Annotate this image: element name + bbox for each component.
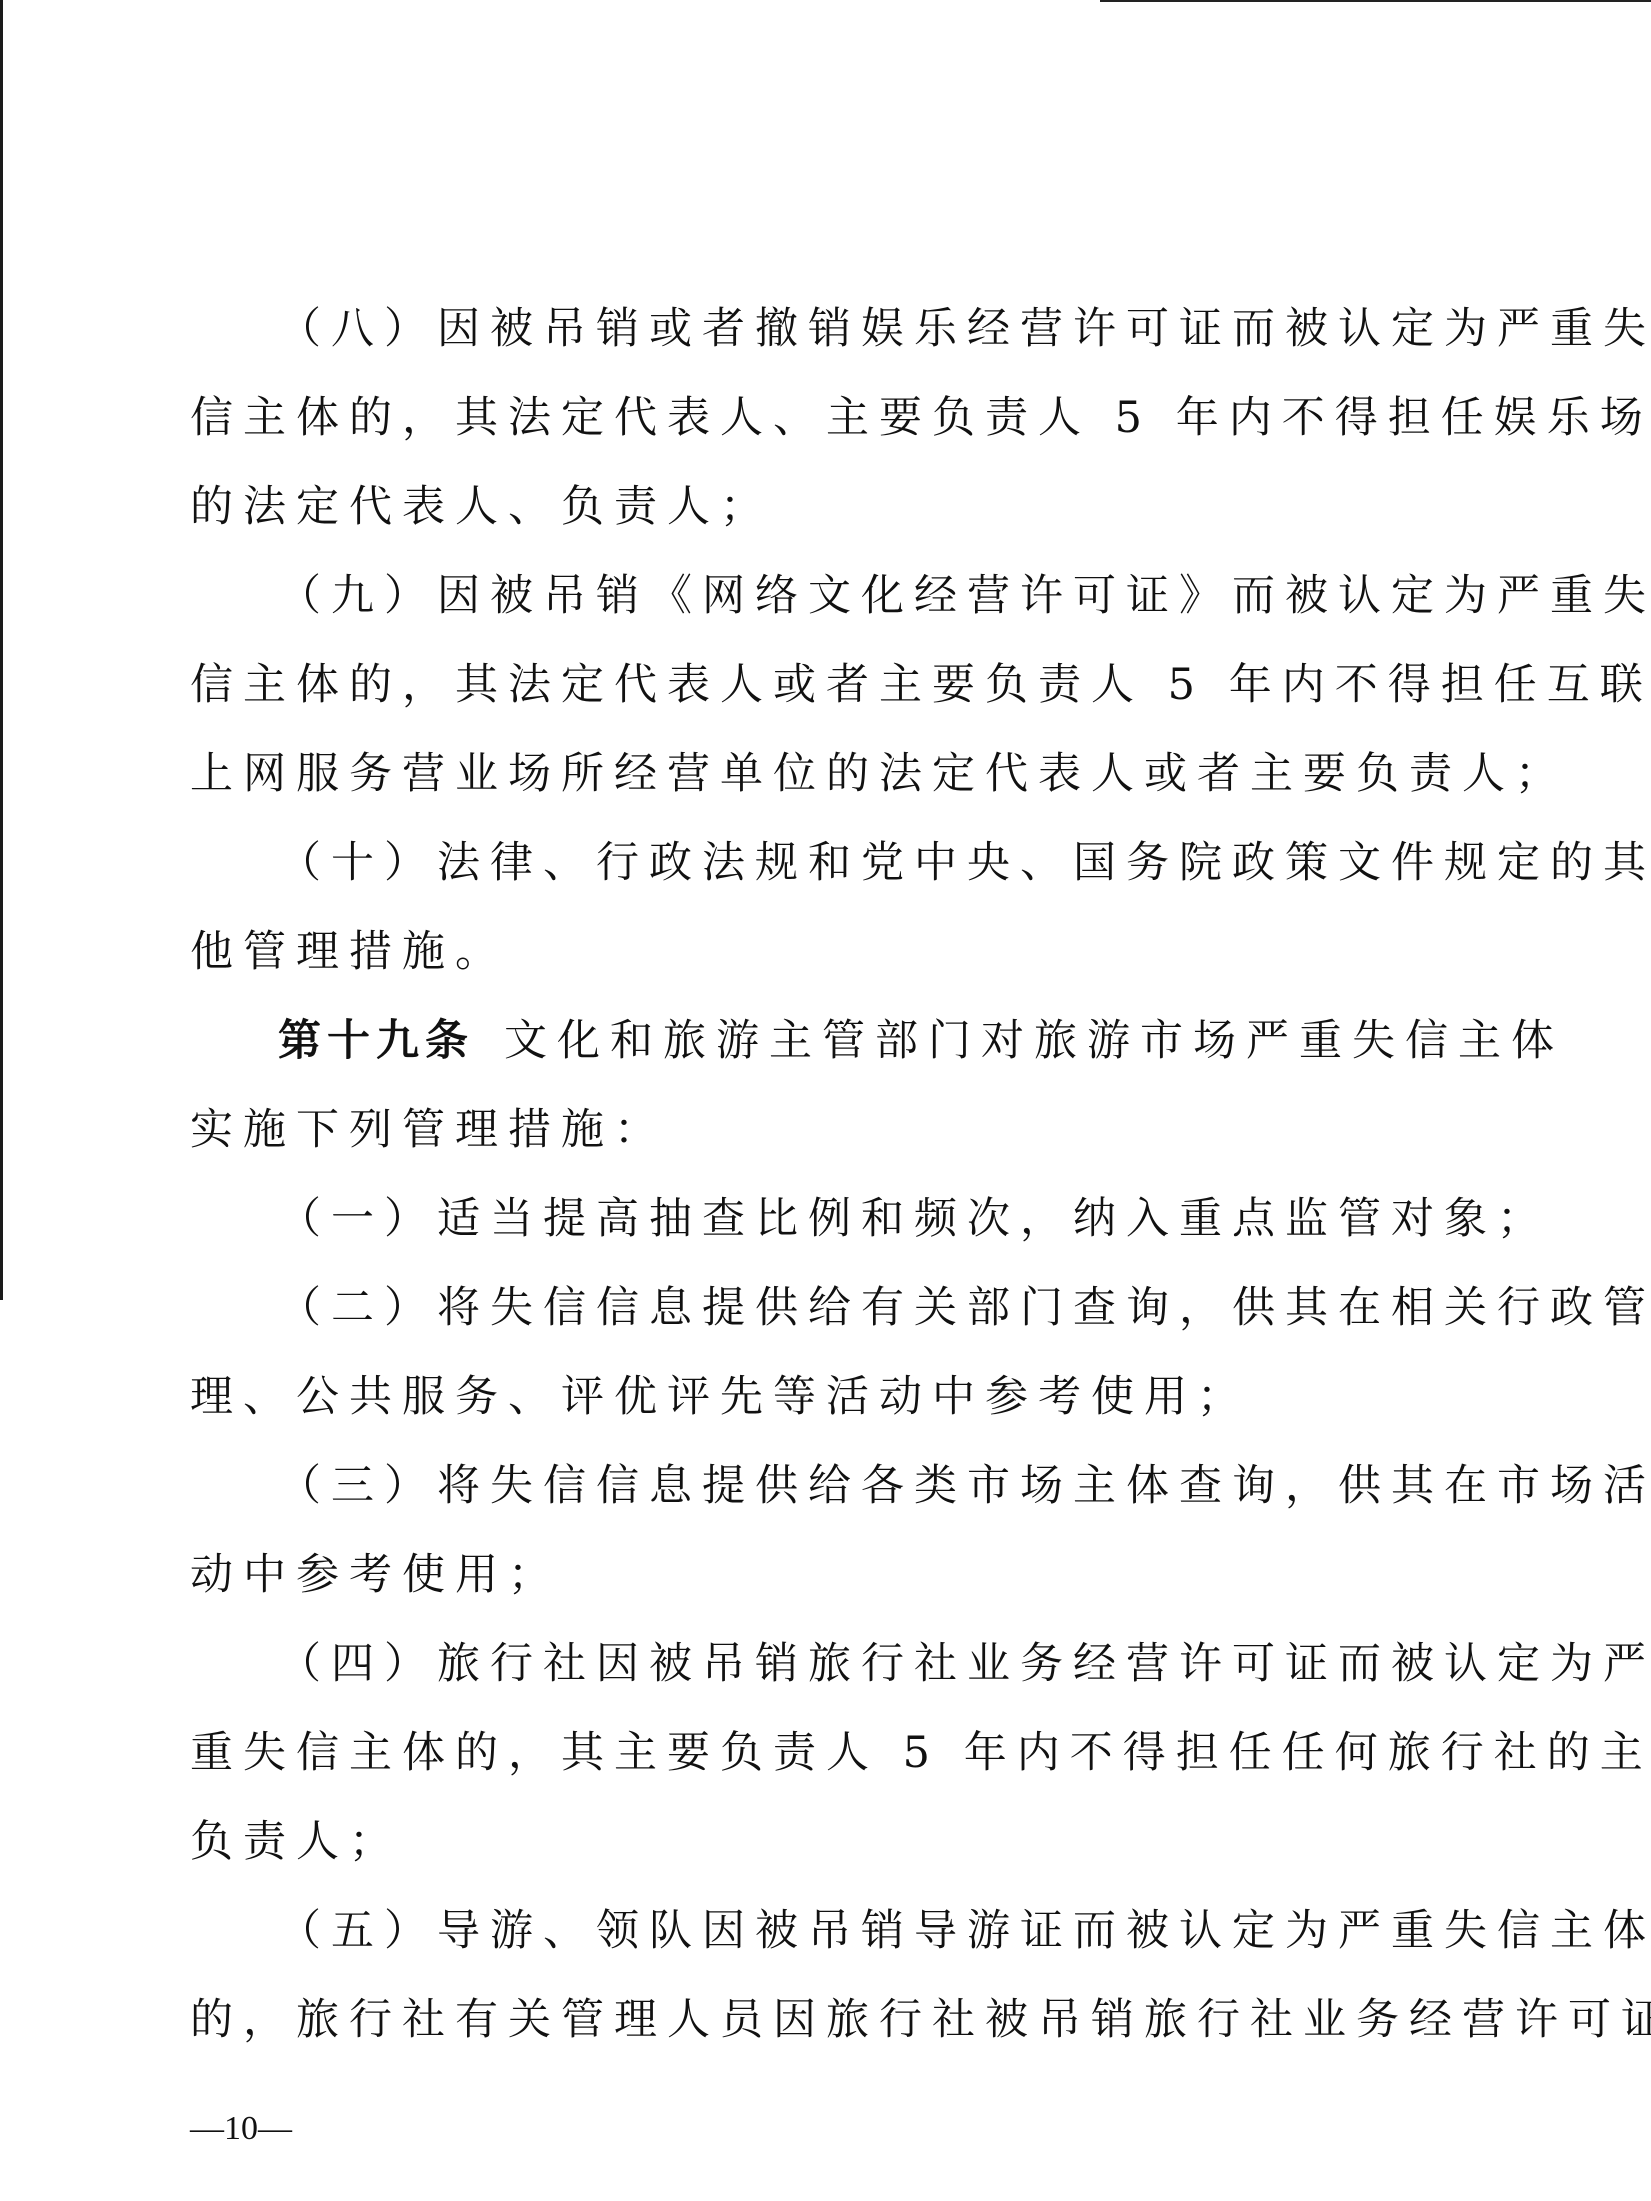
paragraph-item-4: （四）旅行社因被吊销旅行社业务经营许可证而被认定为严 重失信主体的，其主要负责人… bbox=[190, 1620, 1422, 1887]
text-line: （九）因被吊销《网络文化经营许可证》而被认定为严重失 bbox=[190, 552, 1422, 641]
text-line: 他管理措施。 bbox=[190, 908, 1422, 997]
paragraph-item-3: （三）将失信信息提供给各类市场主体查询，供其在市场活 动中参考使用； bbox=[190, 1442, 1422, 1620]
text-line: 上网服务营业场所经营单位的法定代表人或者主要负责人； bbox=[190, 730, 1422, 819]
text-line: 第十九条文化和旅游主管部门对旅游市场严重失信主体 bbox=[190, 997, 1422, 1086]
text-line: 信主体的，其法定代表人、主要负责人 5 年内不得担任娱乐场所 bbox=[190, 374, 1422, 463]
text-line: （三）将失信信息提供给各类市场主体查询，供其在市场活 bbox=[190, 1442, 1422, 1531]
scan-border-top bbox=[1100, 0, 1651, 2]
paragraph-item-9: （九）因被吊销《网络文化经营许可证》而被认定为严重失 信主体的，其法定代表人或者… bbox=[190, 552, 1422, 819]
text-line: 负责人； bbox=[190, 1798, 1422, 1887]
paragraph-item-2: （二）将失信信息提供给有关部门查询，供其在相关行政管 理、公共服务、评优评先等活… bbox=[190, 1264, 1422, 1442]
paragraph-item-10: （十）法律、行政法规和党中央、国务院政策文件规定的其 他管理措施。 bbox=[190, 819, 1422, 997]
scan-border-left bbox=[0, 0, 3, 1300]
text-line: （四）旅行社因被吊销旅行社业务经营许可证而被认定为严 bbox=[190, 1620, 1422, 1709]
text-line: （一）适当提高抽查比例和频次，纳入重点监管对象； bbox=[190, 1175, 1422, 1264]
article-text: 文化和旅游主管部门对旅游市场严重失信主体 bbox=[504, 1016, 1564, 1066]
text-line: 信主体的，其法定代表人或者主要负责人 5 年内不得担任互联网 bbox=[190, 641, 1422, 730]
text-line: 动中参考使用； bbox=[190, 1531, 1422, 1620]
text-line: （五）导游、领队因被吊销导游证而被认定为严重失信主体 bbox=[190, 1887, 1422, 1976]
text-line: 理、公共服务、评优评先等活动中参考使用； bbox=[190, 1353, 1422, 1442]
paragraph-item-8: （八）因被吊销或者撤销娱乐经营许可证而被认定为严重失 信主体的，其法定代表人、主… bbox=[190, 285, 1422, 552]
page-number: —10— bbox=[190, 2110, 292, 2148]
article-heading: 第十九条 bbox=[278, 1016, 474, 1066]
text-line: 的，旅行社有关管理人员因旅行社被吊销旅行社业务经营许可证 bbox=[190, 1976, 1422, 2065]
document-body: （八）因被吊销或者撤销娱乐经营许可证而被认定为严重失 信主体的，其法定代表人、主… bbox=[190, 285, 1422, 2065]
text-line: 重失信主体的，其主要负责人 5 年内不得担任任何旅行社的主要 bbox=[190, 1709, 1422, 1798]
text-line: 的法定代表人、负责人； bbox=[190, 463, 1422, 552]
paragraph-item-1: （一）适当提高抽查比例和频次，纳入重点监管对象； bbox=[190, 1175, 1422, 1264]
article-19: 第十九条文化和旅游主管部门对旅游市场严重失信主体 实施下列管理措施： bbox=[190, 997, 1422, 1175]
text-line: （二）将失信信息提供给有关部门查询，供其在相关行政管 bbox=[190, 1264, 1422, 1353]
text-line: （八）因被吊销或者撤销娱乐经营许可证而被认定为严重失 bbox=[190, 285, 1422, 374]
text-line: 实施下列管理措施： bbox=[190, 1086, 1422, 1175]
text-line: （十）法律、行政法规和党中央、国务院政策文件规定的其 bbox=[190, 819, 1422, 908]
paragraph-item-5: （五）导游、领队因被吊销导游证而被认定为严重失信主体 的，旅行社有关管理人员因旅… bbox=[190, 1887, 1422, 2065]
